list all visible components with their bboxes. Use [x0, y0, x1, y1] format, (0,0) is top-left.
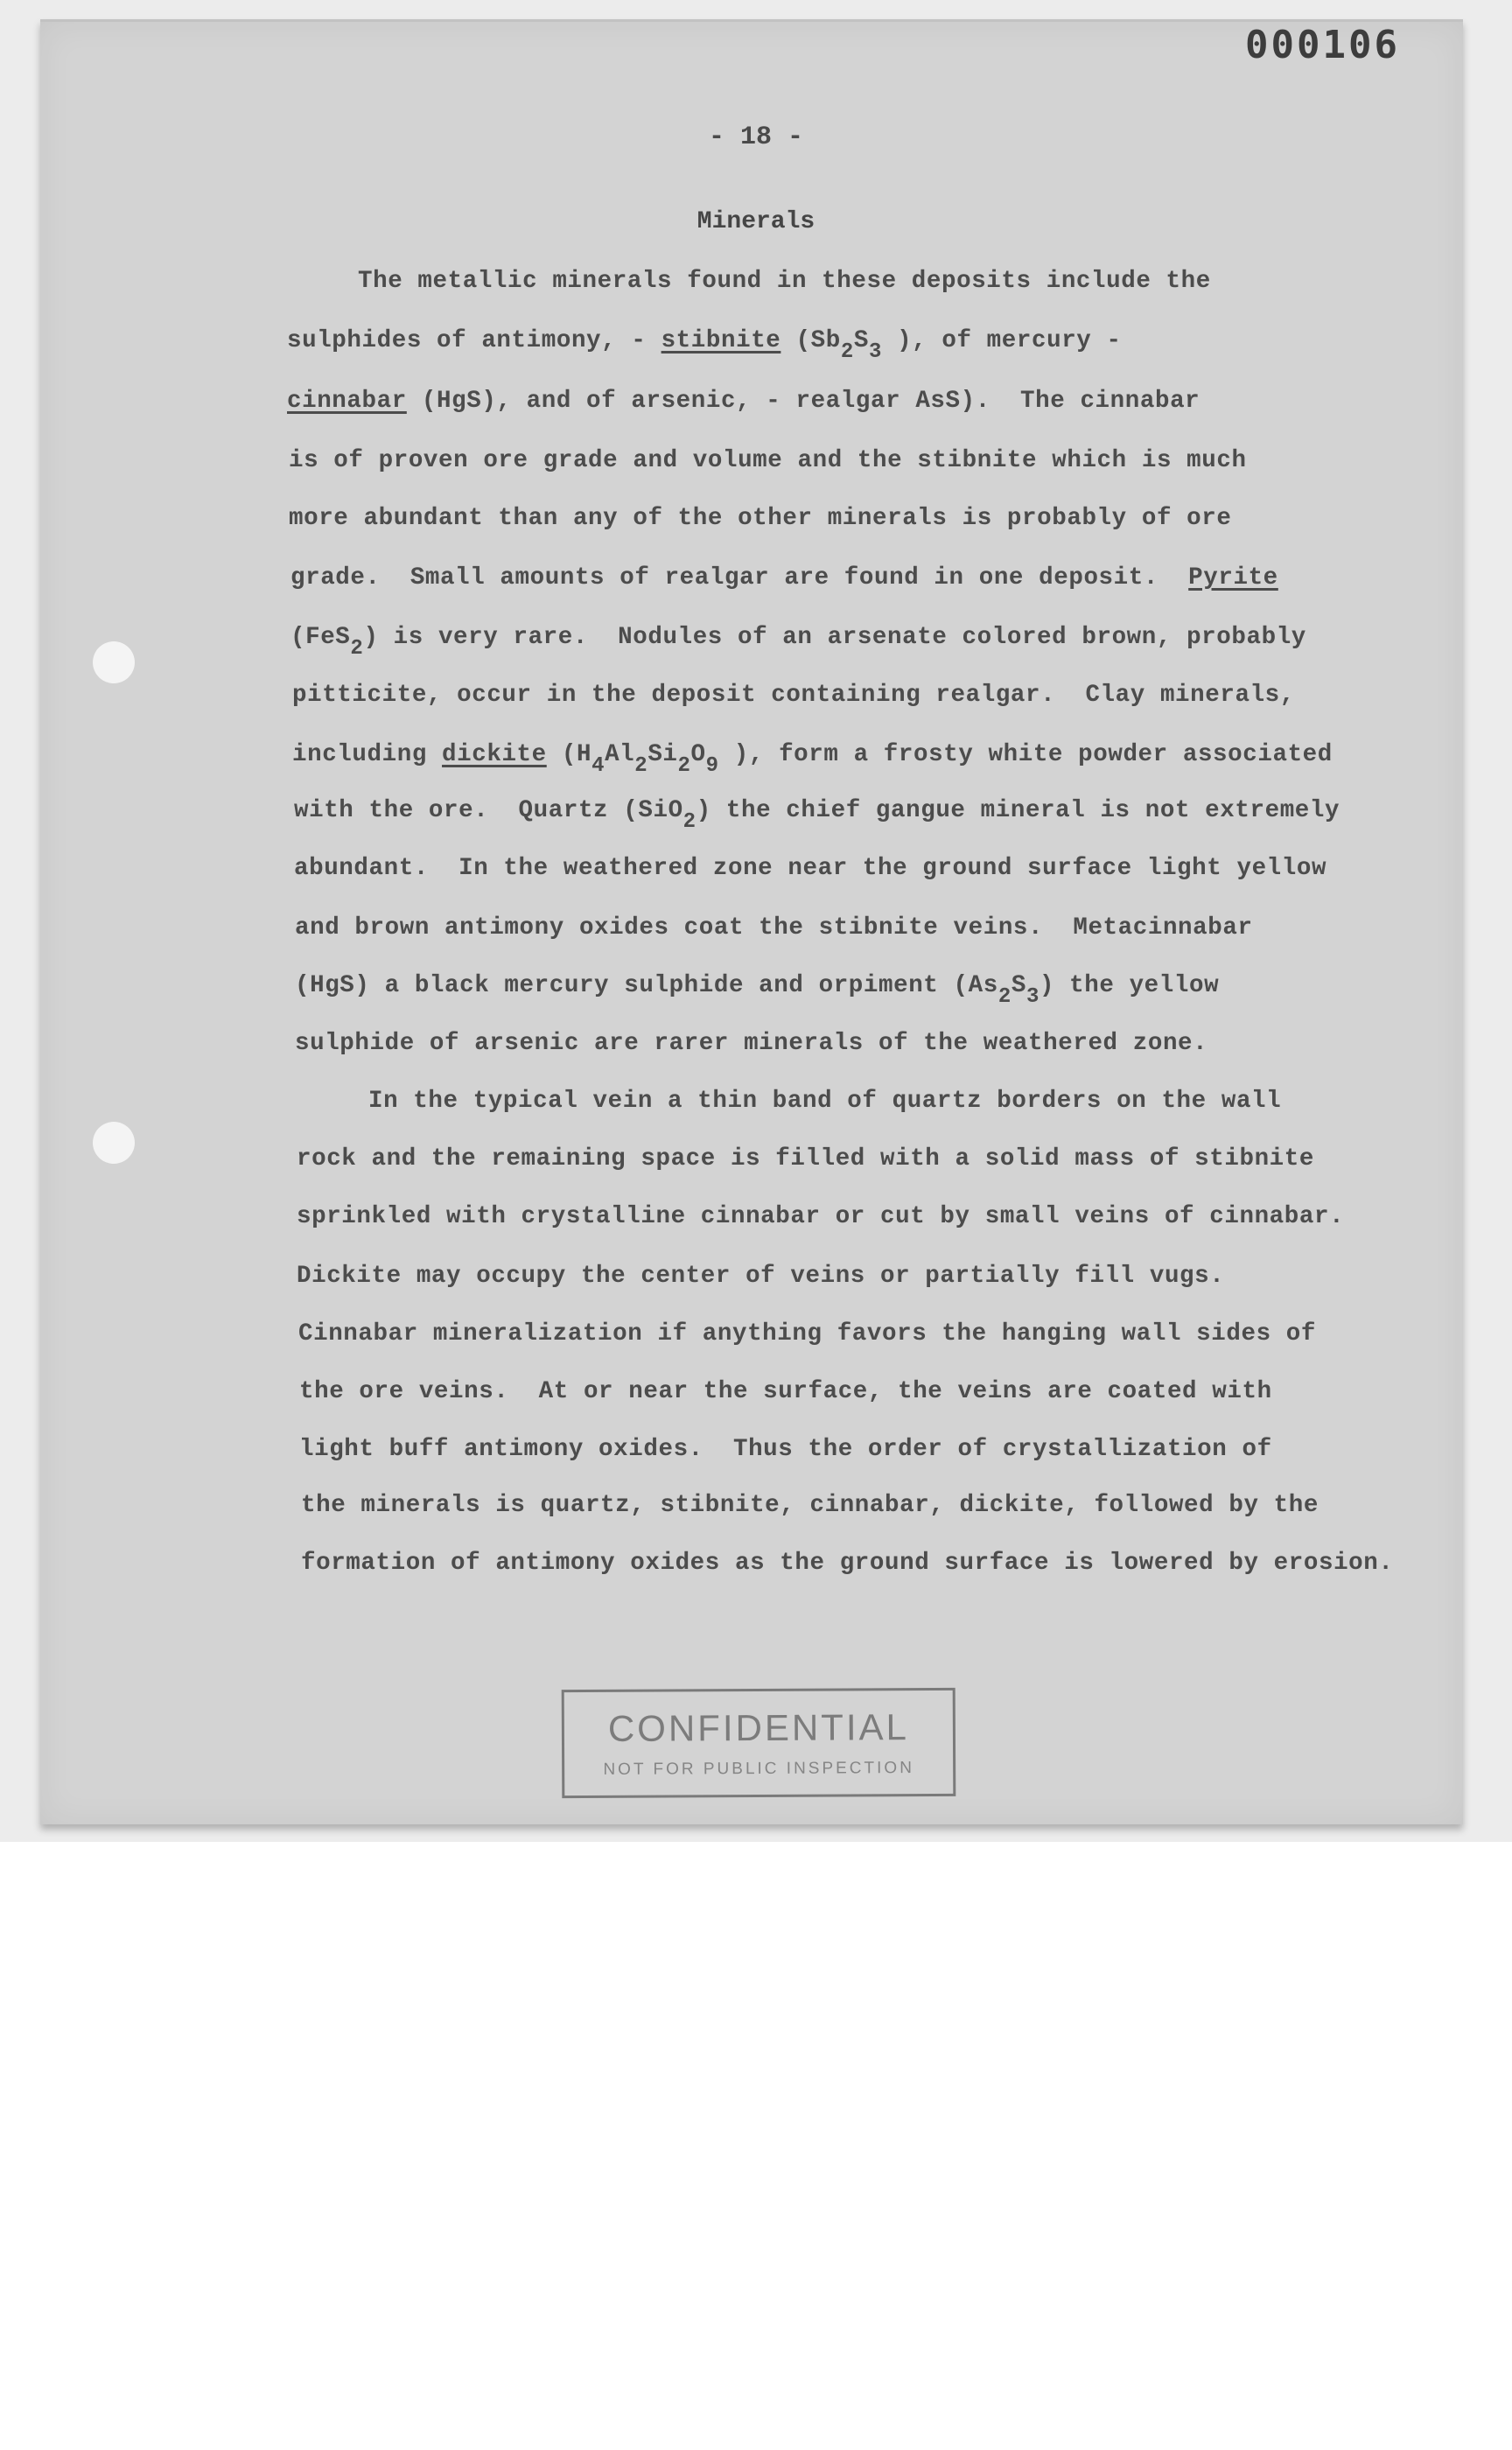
punch-hole-icon	[93, 641, 135, 683]
stamp-subtitle: NOT FOR PUBLIC INSPECTION	[564, 1759, 953, 1780]
text-line: pitticite, occur in the deposit containi…	[292, 682, 1295, 709]
text-line: formation of antimony oxides as the grou…	[301, 1550, 1394, 1577]
text-line: cinnabar (HgS), and of arsenic, - realga…	[287, 388, 1200, 415]
text-line: is of proven ore grade and volume and th…	[289, 447, 1247, 474]
text-line: Dickite may occupy the center of veins o…	[297, 1263, 1224, 1290]
mineral-name-stibnite: stibnite	[661, 327, 781, 354]
text-line: and brown antimony oxides coat the stibn…	[295, 914, 1253, 941]
page-number: - 18 -	[0, 122, 1512, 152]
mineral-name-pyrite: Pyrite	[1188, 564, 1278, 591]
text-line: abundant. In the weathered zone near the…	[294, 855, 1326, 882]
text-line: sulphides of antimony, - stibnite (Sb2S3…	[287, 327, 1122, 354]
text-line: The metallic minerals found in these dep…	[358, 268, 1211, 295]
text-line: In the typical vein a thin band of quart…	[368, 1088, 1281, 1115]
text-line: with the ore. Quartz (SiO2) the chief ga…	[294, 797, 1340, 824]
text-line: Cinnabar mineralization if anything favo…	[298, 1320, 1316, 1347]
text-line: rock and the remaining space is filled w…	[297, 1145, 1314, 1172]
text-line: light buff antimony oxides. Thus the ord…	[299, 1436, 1272, 1463]
text-line: sulphide of arsenic are rarer minerals o…	[295, 1030, 1207, 1057]
document-stamp-number: 000106	[1245, 23, 1400, 67]
text-line: sprinkled with crystalline cinnabar or c…	[297, 1203, 1344, 1230]
mineral-name-dickite: dickite	[442, 741, 547, 768]
text-line: grade. Small amounts of realgar are foun…	[290, 564, 1278, 591]
text-line: the ore veins. At or near the surface, t…	[299, 1378, 1272, 1405]
confidential-stamp: CONFIDENTIAL NOT FOR PUBLIC INSPECTION	[562, 1688, 956, 1798]
punch-hole-icon	[93, 1122, 135, 1164]
text-line: (HgS) a black mercury sulphide and orpim…	[295, 972, 1219, 999]
text-line: the minerals is quartz, stibnite, cinnab…	[301, 1492, 1319, 1519]
mineral-name-cinnabar: cinnabar	[287, 388, 407, 415]
stamp-title: CONFIDENTIAL	[564, 1706, 953, 1750]
text-line: including dickite (H4Al2Si2O9 ), form a …	[292, 741, 1333, 768]
section-heading: Minerals	[0, 208, 1512, 235]
text-line: (FeS2) is very rare. Nodules of an arsen…	[290, 624, 1306, 651]
text-line: more abundant than any of the other mine…	[289, 505, 1231, 532]
